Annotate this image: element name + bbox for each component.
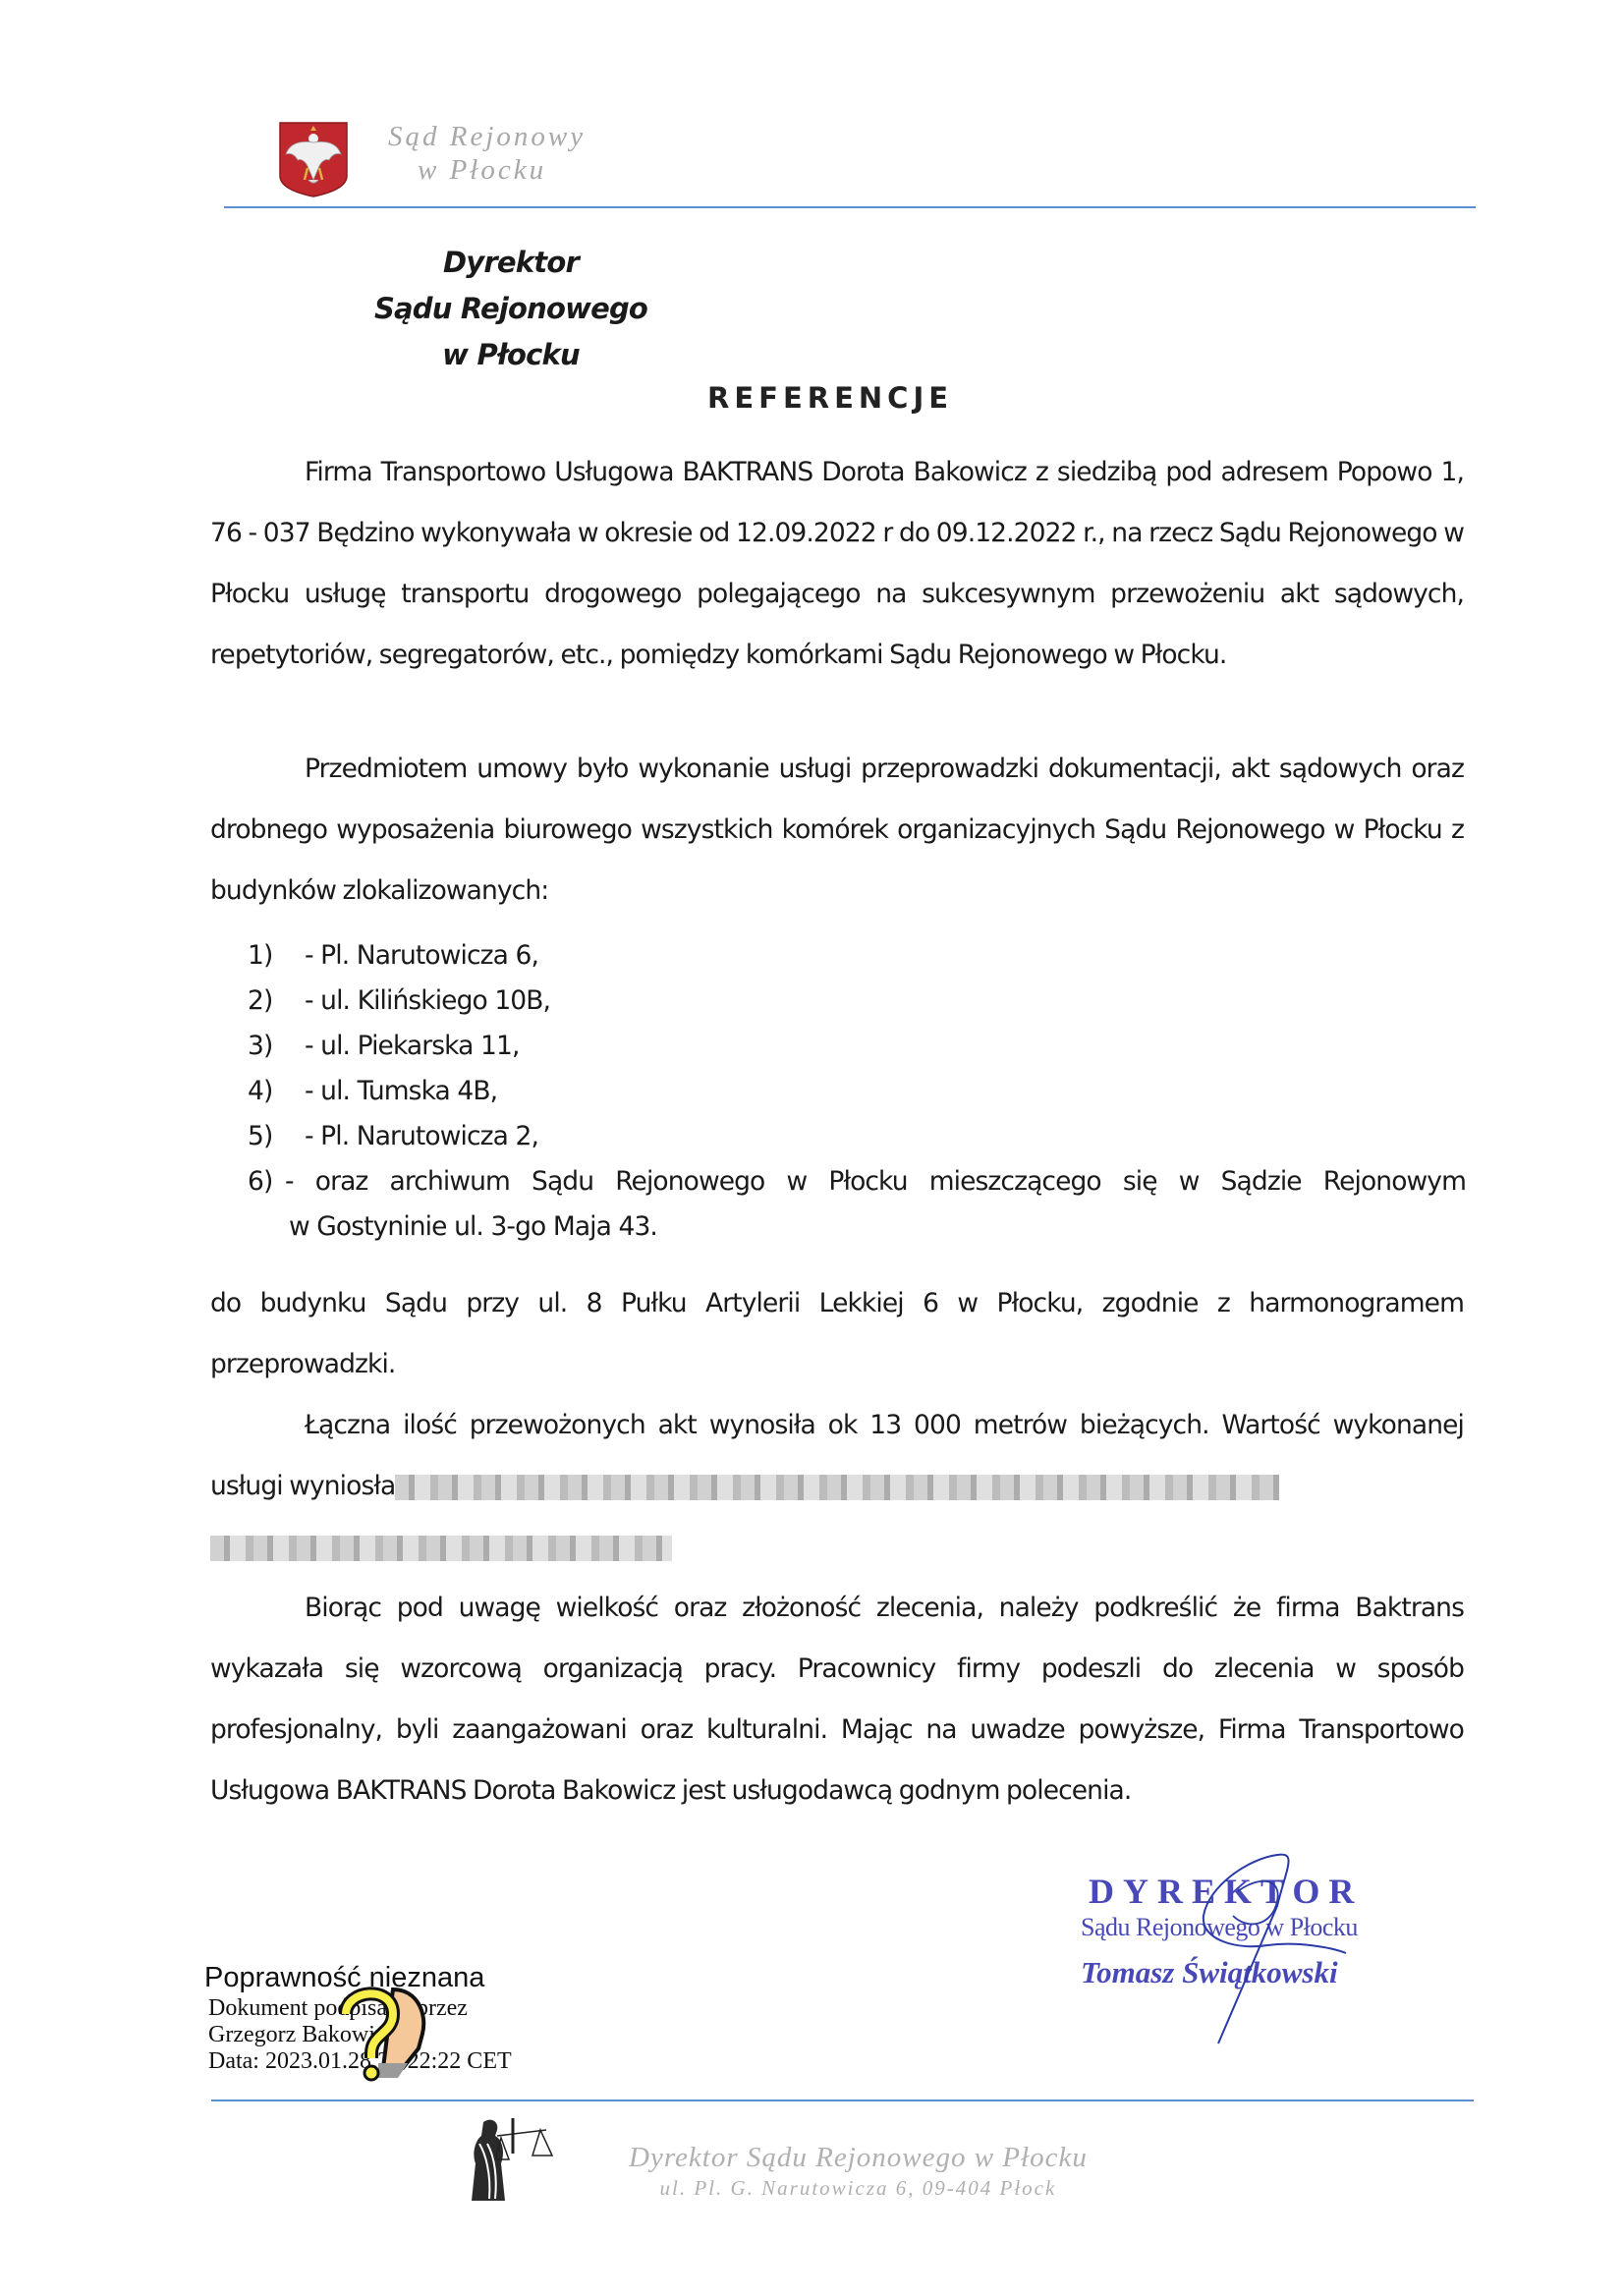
court-name-line1: Sąd Rejonowy xyxy=(388,121,586,152)
paragraph-2: Przedmiotem umowy było wykonanie usługi … xyxy=(210,739,1464,922)
list-item-text: - ul. Kilińskiego 10B, xyxy=(305,979,550,1024)
list-item: 6) - oraz archiwum Sądu Rejonowego w Pło… xyxy=(248,1159,1466,1204)
list-item: 2) - ul. Kilińskiego 10B, xyxy=(248,979,1466,1024)
paragraph-1-text: Firma Transportowo Usługowa BAKTRANS Dor… xyxy=(210,442,1464,686)
list-item-continuation: w Gostyninie ul. 3-go Maja 43. xyxy=(248,1204,1466,1250)
list-item-text: - oraz archiwum Sądu Rejonowego w Płocku… xyxy=(285,1159,1466,1204)
footer-divider xyxy=(211,2100,1474,2101)
court-name-line2: w Płocku xyxy=(388,153,586,187)
addressee-line1: Dyrektor xyxy=(373,240,648,286)
footer-address: Dyrektor Sądu Rejonowego w Płocku ul. Pl… xyxy=(629,2142,1088,2203)
list-item: 4) - ul. Tumska 4B, xyxy=(248,1069,1466,1114)
redacted-value xyxy=(210,1536,672,1561)
coat-of-arms-icon xyxy=(278,121,349,197)
list-item: 5) - Pl. Narutowicza 2, xyxy=(248,1114,1466,1159)
list-item-number: 3) xyxy=(248,1024,305,1069)
paragraph-3-text: do budynku Sądu przy ul. 8 Pułku Artyler… xyxy=(210,1273,1464,1395)
addressee-line3: w Płocku xyxy=(373,332,648,378)
court-name-letterhead: Sąd Rejonowy w Płocku xyxy=(388,120,586,187)
paragraph-4-content: Łączna ilość przewożonych akt wynosiła o… xyxy=(210,1395,1464,1578)
paragraph-5: Biorąc pod uwagę wielkość oraz złożoność… xyxy=(210,1578,1464,1821)
list-item-text: - Pl. Narutowicza 6, xyxy=(305,933,538,979)
list-item-text: - ul. Tumska 4B, xyxy=(305,1069,497,1114)
redacted-value xyxy=(395,1475,1279,1500)
locations-list: 1) - Pl. Narutowicza 6, 2) - ul. Kilińsk… xyxy=(248,933,1466,1250)
list-item-text: - ul. Piekarska 11, xyxy=(305,1024,519,1069)
list-item-number: 5) xyxy=(248,1114,305,1159)
list-item-number: 1) xyxy=(248,933,305,979)
list-item: 1) - Pl. Narutowicza 6, xyxy=(248,933,1466,979)
footer-line2: ul. Pl. G. Narutowicza 6, 09-404 Płock xyxy=(629,2173,1088,2203)
paragraph-4: Łączna ilość przewożonych akt wynosiła o… xyxy=(210,1395,1464,1578)
paragraph-3: do budynku Sądu przy ul. 8 Pułku Artyler… xyxy=(210,1273,1464,1395)
list-item: 3) - ul. Piekarska 11, xyxy=(248,1024,1466,1069)
paragraph-2-text: Przedmiotem umowy było wykonanie usługi … xyxy=(210,739,1464,922)
lady-justice-icon xyxy=(462,2114,560,2203)
signature-icon xyxy=(1159,1847,1356,2053)
footer-line1: Dyrektor Sądu Rejonowego w Płocku xyxy=(629,2142,1088,2173)
list-item-text: - Pl. Narutowicza 2, xyxy=(305,1114,538,1159)
addressee-line2: Sądu Rejonowego xyxy=(373,286,648,332)
list-item-number: 4) xyxy=(248,1069,305,1114)
paragraph-1: Firma Transportowo Usługowa BAKTRANS Dor… xyxy=(210,442,1464,686)
header-divider xyxy=(224,206,1476,208)
question-mark-head-icon xyxy=(324,1980,442,2083)
list-item-number: 6) xyxy=(248,1159,285,1204)
paragraph-5-text: Biorąc pod uwagę wielkość oraz złożoność… xyxy=(210,1578,1464,1821)
document-title: REFERENCJE xyxy=(707,381,953,415)
list-item-number: 2) xyxy=(248,979,305,1024)
addressee-block: Dyrektor Sądu Rejonowego w Płocku xyxy=(373,240,648,378)
